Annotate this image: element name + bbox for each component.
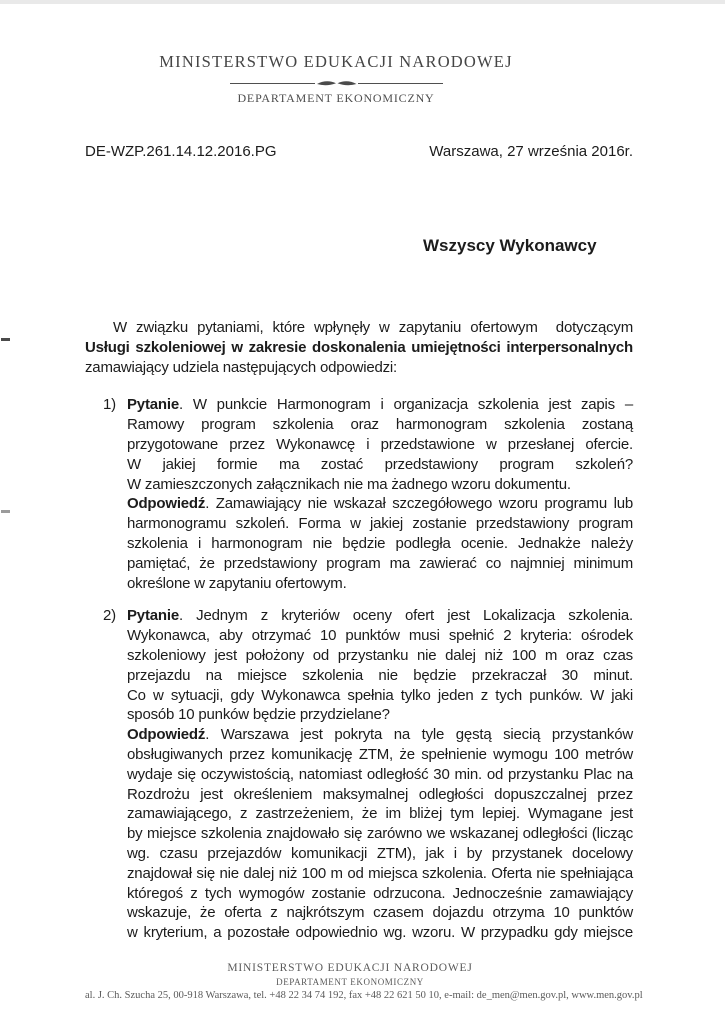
text-line: Odpowiedź. Warszawa jest pokryta na tyle…	[127, 725, 633, 745]
text-line: Usługi szkoleniowej w zakresie doskonale…	[85, 338, 633, 358]
qa-item-text: Pytanie. W punkcie Harmonogram i organiz…	[127, 395, 633, 593]
document-page: MINISTERSTWO EDUKACJI NARODOWEJ DEPARTAM…	[0, 0, 725, 1024]
text-line: W zamieszczonych załącznikach nie ma żad…	[127, 475, 633, 495]
text-line: Pytanie. W punkcie Harmonogram i organiz…	[127, 395, 633, 415]
letterhead-ornament-icon	[230, 78, 443, 89]
text-line: W jakiej formie ma zostać przedstawiony …	[127, 455, 633, 475]
qa-item-2: 2) Pytanie. Jednym z kryteriów oceny ofe…	[85, 606, 633, 943]
reference-number: DE-WZP.261.14.12.2016.PG	[85, 143, 277, 160]
qa-item-number: 1)	[103, 395, 127, 593]
footer-department-name: DEPARTAMENT EKONOMICZNY	[85, 977, 615, 987]
text-line: Rozdrożu jest określeniem maksymalnej od…	[127, 785, 633, 805]
footer-ministry-name: MINISTERSTWO EDUKACJI NARODOWEJ	[85, 962, 615, 974]
text-line: Wykonawca, aby otrzymać 10 punktów musi …	[127, 626, 633, 646]
text-line: zamawiającego, z zastrzeżeniem, że im bl…	[127, 804, 633, 824]
fold-mark-top	[1, 338, 10, 341]
text-line: wydaje się oczywistością, natomiast odle…	[127, 765, 633, 785]
addressee: Wszyscy Wykonawcy	[423, 236, 597, 256]
scan-edge	[0, 0, 725, 4]
letterhead-ministry-name: MINISTERSTWO EDUKACJI NARODOWEJ	[83, 52, 589, 72]
text-line: obsługiwanych przez komunikację ZTM, że …	[127, 745, 633, 765]
qa-item-text: Pytanie. Jednym z kryteriów oceny ofert …	[127, 606, 633, 943]
text-line: wskazuje, że oferta z najkrótszym czasem…	[127, 903, 633, 923]
fold-mark-bottom	[1, 510, 10, 513]
text-line: wg. czasu przejazdów komunikacji ZTM), j…	[127, 844, 633, 864]
text-line: Ramowy program szkolenia oraz harmonogra…	[127, 415, 633, 435]
text-line: pamiętać, że przedstawiony program ma za…	[127, 554, 633, 574]
text-line: określone w zapytaniu ofertowym.	[127, 574, 633, 594]
text-line: przejazdu na miejsce szkolenia nie będzi…	[127, 666, 633, 686]
text-line: Odpowiedź. Zamawiający nie wskazał szcze…	[127, 494, 633, 514]
text-line: któregoś z tych wymogów zostanie odrzuco…	[127, 884, 633, 904]
intro-paragraph: W związku pytaniami, które wpłynęły w za…	[85, 318, 633, 377]
footer-address-line: al. J. Ch. Szucha 25, 00-918 Warszawa, t…	[85, 990, 615, 1001]
text-line: Pytanie. Jednym z kryteriów oceny ofert …	[127, 606, 633, 626]
text-line: znajdował się nie dalej niż 100 m od mie…	[127, 864, 633, 884]
text-line: harmonogramu szkoleń. Forma w jakiej zos…	[127, 514, 633, 534]
text-line: Co w sytuacji, gdy Wykonawca spełnia tyl…	[127, 686, 633, 706]
qa-item-number: 2)	[103, 606, 127, 943]
letter-body: W związku pytaniami, które wpłynęły w za…	[85, 318, 633, 943]
dateline: Warszawa, 27 września 2016r.	[429, 143, 633, 160]
page-footer: MINISTERSTWO EDUKACJI NARODOWEJ DEPARTAM…	[85, 962, 615, 1001]
text-line: szkolenia i harmonogram nie będzie podle…	[127, 534, 633, 554]
text-line: W związku pytaniami, które wpłynęły w za…	[85, 318, 633, 338]
reference-row: DE-WZP.261.14.12.2016.PG Warszawa, 27 wr…	[85, 143, 633, 160]
letterhead-department-name: DEPARTAMENT EKONOMICZNY	[83, 91, 589, 106]
text-line: szkoleniowy jest położony od przystanku …	[127, 646, 633, 666]
qa-item-1: 1) Pytanie. W punkcie Harmonogram i orga…	[85, 395, 633, 593]
text-line: by miejsce szkolenia znajdowało się zaró…	[127, 824, 633, 844]
letterhead: MINISTERSTWO EDUKACJI NARODOWEJ DEPARTAM…	[83, 52, 589, 106]
text-line: zamawiający udziela następujących odpowi…	[85, 358, 633, 378]
text-line: sposób 10 punków będzie przydzielane?	[127, 705, 633, 725]
text-line: przygotowane przez Wykonawcę i przedstaw…	[127, 435, 633, 455]
text-line: w kryterium, a pozostałe odpowiednio wg.…	[127, 923, 633, 943]
